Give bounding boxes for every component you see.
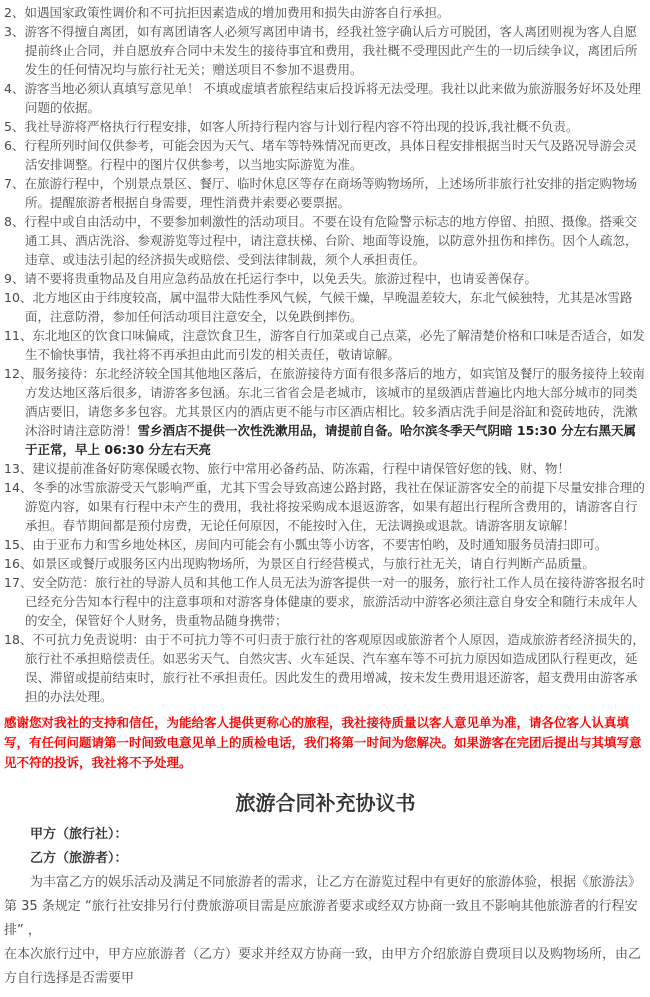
notice-text: 在旅游行程中，个别景点景区、餐厅、临时休息区等存在商场等购物场所，上述场所非旅行… bbox=[24, 176, 637, 210]
notice-number: 7、 bbox=[4, 176, 24, 191]
notice-item: 7、在旅游行程中，个别景点景区、餐厅、临时休息区等存在商场等购物场所，上述场所非… bbox=[4, 174, 647, 212]
notice-item: 6、行程所列时间仅供参考，可能会因为天气、堵车等特殊情况而更改，具体日程安排根据… bbox=[4, 136, 647, 174]
notice-item: 8、行程中或自由活动中，不要参加刺激性的活动项目。不要在设有危险警示标志的地方停… bbox=[4, 212, 647, 269]
notice-item: 15、由于亚布力和雪乡地处林区，房间内可能会有小瓢虫等小访客，不要害怕哟，及时通… bbox=[4, 535, 647, 554]
notice-item: 2、如遇国家政策性调价和不可抗拒因素造成的增加费用和损失由游客自行承担。 bbox=[4, 3, 647, 22]
notice-number: 8、 bbox=[4, 214, 24, 229]
notice-text: 东北地区的饮食口味偏咸，注意饮食卫生，游客自行加菜或自己点菜，必先了解清楚价格和… bbox=[25, 328, 645, 362]
notice-text: 请不要将贵重物品及自用应急药品放在托运行李中，以免丢失。旅游过程中，也请妥善保存… bbox=[24, 271, 537, 286]
agreement-paragraph-1: 为丰富乙方的娱乐活动及满足不同旅游者的需求，让乙方在游览过程中有更好的旅游体验，… bbox=[4, 871, 647, 943]
notice-text: 游客不得擅自离团，如有离团请客人必须写离团申请书，经我社签字确认后方可脱团，客人… bbox=[24, 24, 637, 77]
notice-number: 16、 bbox=[4, 556, 32, 571]
notice-number: 4、 bbox=[4, 81, 24, 96]
notice-number: 10、 bbox=[4, 290, 32, 305]
notice-text: 安全防范：旅行社的导游人员和其他工作人员无法为游客提供一对一的服务，旅行社工作人… bbox=[25, 575, 645, 628]
notice-text: 建议提前准备好防寒保暖衣物、旅行中常用必备药品、防冻霜，行程中请保管好您的钱、财… bbox=[32, 461, 570, 476]
notice-number: 6、 bbox=[4, 138, 24, 153]
notice-item: 16、如景区或餐厅或服务区内出现购物场所，为景区自行经营模式，与旅行社无关，请自… bbox=[4, 554, 647, 573]
notice-item: 11、东北地区的饮食口味偏咸，注意饮食卫生，游客自行加菜或自己点菜，必先了解清楚… bbox=[4, 326, 647, 364]
notice-text: 如遇国家政策性调价和不可抗拒因素造成的增加费用和损失由游客自行承担。 bbox=[24, 5, 449, 20]
notice-number: 17、 bbox=[4, 575, 32, 590]
notice-item: 9、请不要将贵重物品及自用应急药品放在托运行李中，以免丢失。旅游过程中，也请妥善… bbox=[4, 269, 647, 288]
notice-text: 行程所列时间仅供参考，可能会因为天气、堵车等特殊情况而更改，具体日程安排根据当时… bbox=[24, 138, 637, 172]
notice-item: 13、建议提前准备好防寒保暖衣物、旅行中常用必备药品、防冻霜，行程中请保管好您的… bbox=[4, 459, 647, 478]
notice-item: 10、北方地区由于纬度较高，属中温带大陆性季风气候，气候干燥，早晚温差较大，东北… bbox=[4, 288, 647, 326]
agreement-paragraph-2: 在本次旅行过中，甲方应旅游者（乙方）要求并经双方协商一致，由甲方介绍旅游自费项目… bbox=[4, 943, 647, 991]
notice-text: 冬季的冰雪旅游受天气影响严重，尤其下雪会导致高速公路封路，我社在保证游客安全的前… bbox=[25, 480, 645, 533]
notice-text: 由于亚布力和雪乡地处林区，房间内可能会有小瓢虫等小访客，不要害怕哟，及时通知服务… bbox=[32, 537, 607, 552]
notice-text: 如景区或餐厅或服务区内出现购物场所，为景区自行经营模式，与旅行社无关，请自行判断… bbox=[32, 556, 595, 571]
notice-item: 14、冬季的冰雪旅游受天气影响严重，尤其下雪会导致高速公路封路，我社在保证游客安… bbox=[4, 478, 647, 535]
notice-number: 15、 bbox=[4, 537, 32, 552]
party-b-line: 乙方（旅游者）： bbox=[4, 847, 647, 871]
notice-number: 2、 bbox=[4, 5, 24, 20]
notice-number: 12、 bbox=[4, 366, 32, 381]
notice-item: 5、我社导游将严格执行行程安排，如客人所持行程内容与计划行程内容不符出现的投诉,… bbox=[4, 117, 647, 136]
notice-number: 18、 bbox=[4, 632, 32, 647]
notice-number: 9、 bbox=[4, 271, 24, 286]
party-a-line: 甲方（旅行社）： bbox=[4, 823, 647, 847]
notice-text: 不可抗力免责说明：由于不可抗力等不可归责于旅行社的客观原因或旅游者个人原因，造成… bbox=[25, 632, 645, 704]
notice-text: 我社导游将严格执行行程安排，如客人所持行程内容与计划行程内容不符出现的投诉,我社… bbox=[24, 119, 578, 134]
notice-text: 行程中或自由活动中，不要参加刺激性的活动项目。不要在设有危险警示标志的地方停留、… bbox=[24, 214, 637, 267]
notice-item: 17、安全防范：旅行社的导游人员和其他工作人员无法为游客提供一对一的服务，旅行社… bbox=[4, 573, 647, 630]
notice-number: 3、 bbox=[4, 24, 24, 39]
notice-number: 13、 bbox=[4, 461, 32, 476]
notice-number: 14、 bbox=[4, 480, 32, 495]
notice-number: 5、 bbox=[4, 119, 24, 134]
notice-item: 18、不可抗力免责说明：由于不可抗力等不可归责于旅行社的客观原因或旅游者个人原因… bbox=[4, 630, 647, 706]
agreement-title: 旅游合同补充协议书 bbox=[4, 789, 647, 817]
thanks-note: 感谢您对我社的支持和信任，为能给客人提供更称心的旅程，我社接待质量以客人意见单为… bbox=[4, 713, 647, 773]
notice-text: 北方地区由于纬度较高，属中温带大陆性季风气候，气候干燥，早晚温差较大，东北气候独… bbox=[25, 290, 632, 324]
notices-list: 2、如遇国家政策性调价和不可抗拒因素造成的增加费用和损失由游客自行承担。3、游客… bbox=[4, 3, 647, 706]
notice-item: 4、游客当地必须认真填写意见单！ 不填或虚填者旅程结束后投诉将无法受理。我社以此… bbox=[4, 79, 647, 117]
notice-item: 12、服务接待：东北经济较全国其他地区落后，在旅游接待方面有很多落后的地方，如宾… bbox=[4, 364, 647, 459]
notice-item: 3、游客不得擅自离团，如有离团请客人必须写离团申请书，经我社签字确认后方可脱团，… bbox=[4, 22, 647, 79]
travel-notice-document: 2、如遇国家政策性调价和不可抗拒因素造成的增加费用和损失由游客自行承担。3、游客… bbox=[0, 0, 650, 997]
notice-number: 11、 bbox=[4, 328, 32, 343]
notice-text: 游客当地必须认真填写意见单！ 不填或虚填者旅程结束后投诉将无法受理。我社以此来做… bbox=[24, 81, 640, 115]
